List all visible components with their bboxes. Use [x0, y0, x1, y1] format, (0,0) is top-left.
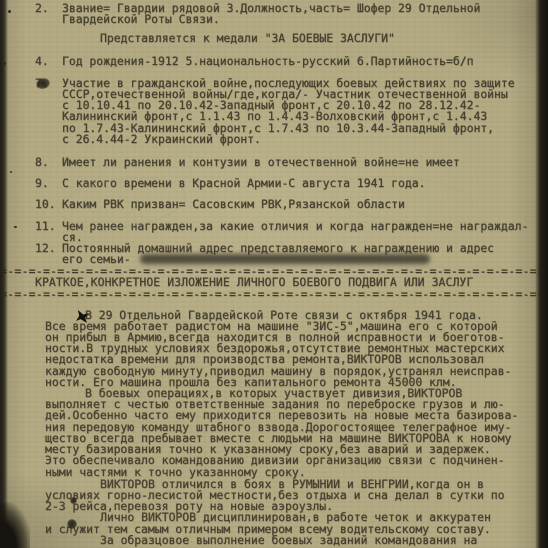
document-line: За образцовое выполнение боевых заданий … — [45, 535, 534, 546]
item-number: 8. — [35, 157, 62, 168]
numbered-item: 8.Имеет ли ранения и контузии в отечеств… — [35, 157, 534, 168]
text-lines: В 29 Отдельной Гвардейской Роте связи с … — [45, 310, 534, 388]
text-lines: За образцовое выполнение боевых заданий … — [45, 535, 534, 546]
document-line: Год рождения-1912 5.национальность-русск… — [62, 56, 534, 67]
paper-speck — [8, 10, 11, 13]
paper-speck — [10, 171, 12, 173]
document-line: Имеет ли ранения и контузии в отечествен… — [62, 157, 534, 168]
item-number: 2. — [35, 3, 62, 25]
paper-speck — [14, 226, 17, 228]
item-number: 4. — [35, 56, 62, 67]
redaction-smudge — [140, 254, 430, 264]
body-paragraph: В 29 Отдельной Гвардейской Роте связи с … — [45, 310, 534, 388]
numbered-item: 4.Год рождения-1912 5.национальность-рус… — [35, 56, 534, 67]
section-title: КРАТКОЕ,КОНКРЕТНОЕ ИЗЛОЖЕНИЕ ЛИЧНОГО БОЕ… — [35, 277, 534, 288]
ink-blot — [70, 497, 77, 504]
text-lines: Звание= Гвардии рядовой 3.Должность,част… — [62, 3, 534, 25]
document-line: с 26.4.44-2 Украинский фронт. — [62, 134, 534, 145]
presentation-line: Представляется к медали "ЗА БОЕВЫЕ ЗАСЛУ… — [100, 33, 534, 44]
numbered-item: 7.Участие в гражданской войне,последующи… — [35, 78, 534, 145]
numbered-item: 2.Звание= Гвардии рядовой 3.Должность,ча… — [35, 3, 534, 25]
scan-edge-left — [0, 0, 8, 548]
ink-blot — [67, 519, 77, 529]
document-line: Постоянный домашний адрес представляемог… — [62, 243, 534, 254]
scanned-award-document: 2.Звание= Гвардии рядовой 3.Должность,ча… — [0, 0, 548, 548]
scan-edge-right — [535, 0, 548, 548]
text-lines: Год рождения-1912 5.национальность-русск… — [62, 56, 534, 67]
item-number: 11. — [35, 221, 62, 243]
body-paragraph: За образцовое выполнение боевых заданий … — [45, 535, 534, 546]
item-number: 9. — [35, 178, 62, 189]
item-number: 12. — [35, 243, 62, 265]
document-line: Гвардейской Роты Связи. — [62, 14, 534, 25]
text-lines: Постоянный домашний адрес представляемог… — [62, 243, 534, 265]
numbered-item: 12.Постоянный домашний адрес представляе… — [35, 243, 534, 265]
scan-corner-shadow — [0, 502, 30, 548]
dashed-separator: =-=-=-=-=-=-=-=-=-=-=-=-=-=-=-=-=-=-=-=-… — [0, 290, 548, 299]
faint-stamp-ghost — [60, 462, 169, 528]
text-lines: Участие в гражданской войне,последующих … — [62, 78, 534, 145]
text-lines: Имеет ли ранения и контузии в отечествен… — [62, 157, 534, 168]
